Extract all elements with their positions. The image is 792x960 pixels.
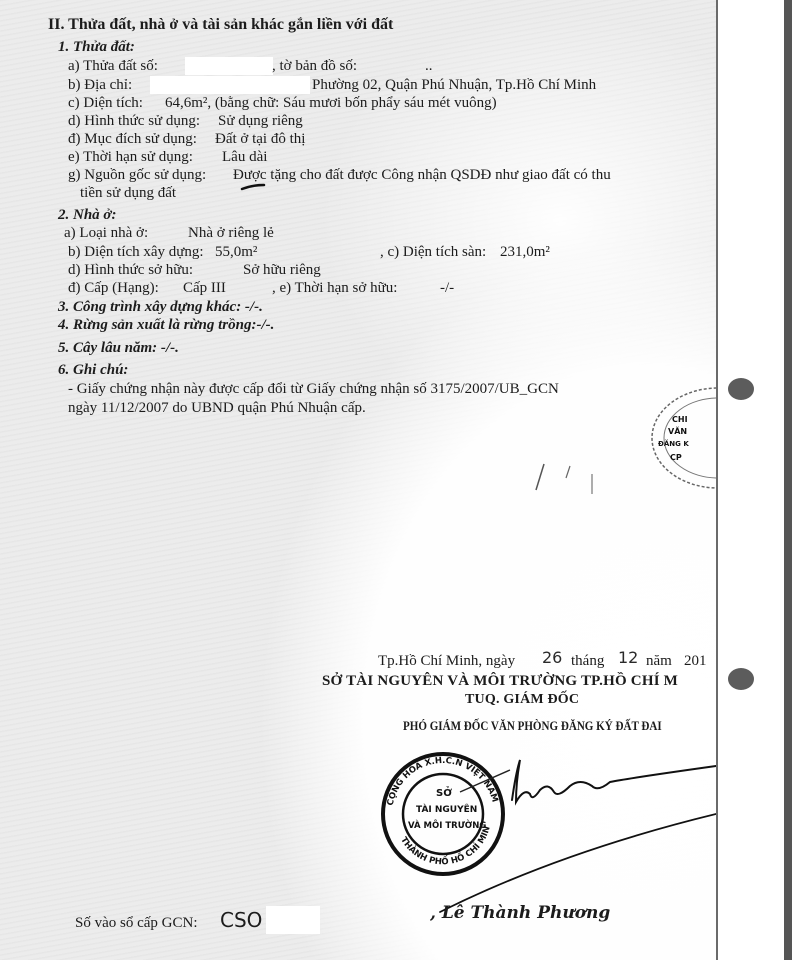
ownership-form-value: Sở hữu riêng [243, 261, 321, 279]
punch-hole-icon [728, 378, 754, 400]
section-3-other-construction: 3. Công trình xây dựng khác: -/-. [58, 298, 263, 316]
parcel-number-label: a) Thửa đất số: [68, 57, 158, 75]
usage-origin-value-cont: tiền sử dụng đất [80, 184, 176, 202]
redacted-address [150, 76, 310, 94]
usage-form-value: Sử dụng riêng [218, 112, 303, 130]
section-2-title: 2. Nhà ở: [58, 206, 116, 224]
redacted-registry-number [266, 906, 320, 934]
grade-label: đ) Cấp (Hạng): [68, 279, 159, 297]
usage-form-label: d) Hình thức sử dụng: [68, 112, 200, 130]
signer-position: PHÓ GIÁM ĐỐC VĂN PHÒNG ĐĂNG KÝ ĐẤT ĐAI [403, 717, 662, 735]
ownership-form-label: d) Hình thức sở hữu: [68, 261, 193, 279]
sign-month-label: tháng [571, 652, 604, 670]
house-type-value: Nhà ở riêng lẻ [188, 224, 274, 242]
map-sheet-label: , tờ bản đồ số: [272, 57, 357, 75]
section-1-title: 1. Thửa đất: [58, 38, 135, 56]
office-stamp-partial-icon: CHI VĂN ĐĂNG K CP [646, 382, 716, 492]
sign-month: 12 [618, 649, 638, 667]
svg-text:ĐĂNG K: ĐĂNG K [658, 439, 689, 448]
binder-border [784, 0, 792, 960]
sign-date-prefix: Tp.Hồ Chí Minh, ngày [378, 652, 515, 670]
construction-area-label: b) Diện tích xây dựng: [68, 243, 204, 261]
usage-purpose-value: Đất ở tại đô thị [215, 130, 305, 148]
sign-day: 26 [542, 649, 562, 667]
floor-area-value: 231,0m² [500, 243, 550, 261]
svg-text:CHI: CHI [672, 415, 688, 424]
usage-origin-label: g) Nguồn gốc sử dụng: [68, 166, 206, 184]
ownership-term-value: -/- [440, 279, 454, 297]
sign-year: 201 [684, 652, 707, 670]
address-label: b) Địa chỉ: [68, 76, 132, 94]
signer-name: , Lê Thành Phương [430, 904, 610, 922]
usage-term-value: Lâu dài [222, 148, 267, 166]
section-4-planted-forest: 4. Rừng sản xuất là rừng trồng:-/-. [58, 316, 274, 334]
stray-marks-icon [530, 460, 610, 500]
section-heading: II. Thửa đất, nhà ở và tài sản khác gắn … [48, 16, 393, 34]
house-type-label: a) Loại nhà ở: [64, 224, 148, 242]
section-6-title: 6. Ghi chú: [58, 361, 128, 379]
handwritten-signature-icon [420, 752, 716, 922]
area-label: c) Diện tích: [68, 94, 143, 112]
grade-value: Cấp III [183, 279, 226, 297]
map-sheet-value: .. [425, 57, 433, 75]
section-5-perennial-trees: 5. Cây lâu năm: -/-. [58, 339, 179, 357]
issuing-agency: SỞ TÀI NGUYÊN VÀ MÔI TRƯỜNG TP.HỒ CHÍ M [322, 672, 716, 690]
ownership-term-label: , e) Thời hạn sở hữu: [272, 279, 397, 297]
margin-strip [718, 0, 784, 960]
registry-number-value: CSO [220, 908, 262, 932]
svg-text:CP: CP [670, 453, 682, 462]
usage-term-label: e) Thời hạn sử dụng: [68, 148, 193, 166]
redacted-parcel-number [185, 57, 273, 75]
floor-area-label: , c) Diện tích sàn: [380, 243, 486, 261]
note-line-2: ngày 11/12/2007 do UBND quận Phú Nhuận c… [68, 399, 366, 417]
punch-hole-icon [728, 668, 754, 690]
area-value: 64,6m², (bằng chữ: Sáu mươi bốn phẩy sáu… [165, 94, 497, 112]
construction-area-value: 55,0m² [215, 243, 257, 261]
usage-purpose-label: đ) Mục đích sử dụng: [68, 130, 197, 148]
registry-number-label: Số vào sổ cấp GCN: [75, 914, 198, 932]
usage-origin-value: Được tặng cho đất được Công nhận QSDĐ nh… [233, 166, 611, 184]
on-behalf-of-director: TUQ. GIÁM ĐỐC [465, 691, 579, 709]
address-value: Phường 02, Quận Phú Nhuận, Tp.Hồ Chí Min… [312, 76, 596, 94]
note-line-1: - Giấy chứng nhận này được cấp đổi từ Gi… [68, 380, 559, 398]
sign-year-label: năm [646, 652, 672, 670]
svg-text:VĂN: VĂN [668, 425, 687, 436]
pen-mark-icon [240, 182, 266, 192]
